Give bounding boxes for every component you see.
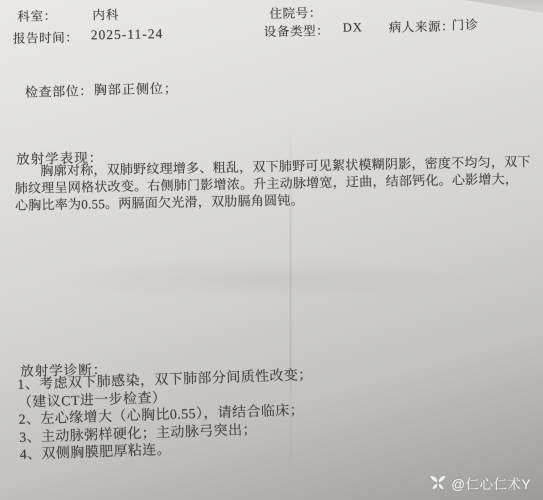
field-patient-source-label: 病人来源： [389,16,455,35]
four-leaf-icon [428,473,448,493]
report-paper: 科室： 内科 住院号： 报告时间： 2025-11-24 设备类型： DX 病人… [0,0,543,500]
field-admission-label: 住院号： [269,3,322,22]
diagnosis-list: 1、考虑双下肺感染，双下肺部分间质性改变； （建议CT进一步检查） 2、左心缘增… [17,367,315,465]
field-device-type-value: DX [343,20,363,35]
radiology-report-photo: 科室： 内科 住院号： 报告时间： 2025-11-24 设备类型： DX 病人… [0,0,543,500]
field-report-time-value: 2025-11-24 [91,26,164,43]
field-report-time-label: 报告时间： [13,28,79,47]
watermark-text: @仁心仁术Y [451,473,531,493]
field-patient-source-value: 门诊 [452,15,479,34]
findings-paragraph: 胸廓对称，双肺野纹理增多、粗乱，双下肺野可见絮状模糊阴影，密度不均匀，双下 肺纹… [14,154,537,214]
field-exam-part-label: 检查部位： [25,80,93,100]
field-exam-part-value: 胸部正侧位； [94,78,178,99]
field-department-value: 内科 [92,5,119,24]
field-department-label: 科室： [17,6,57,25]
field-device-type-label: 设备类型： [264,21,330,40]
watermark: @仁心仁术Y [428,473,531,493]
